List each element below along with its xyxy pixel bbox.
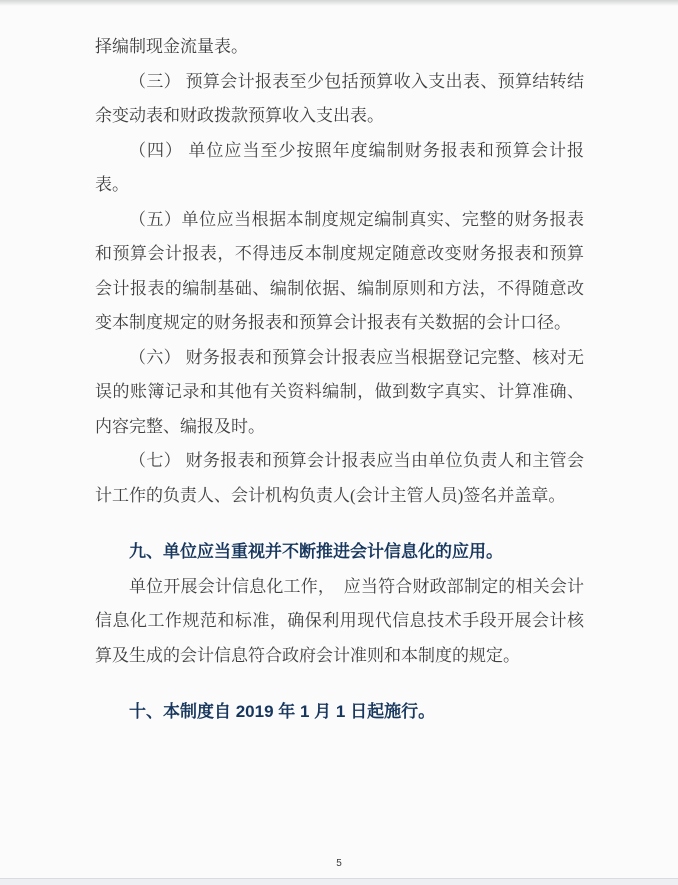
section-heading: 九、单位应当重视并不断推进会计信息化的应用。: [95, 535, 584, 570]
paragraph: （三） 预算会计报表至少包括预算收入支出表、预算结转结余变动表和财政拨款预算收入…: [95, 65, 584, 134]
paragraph: （四） 单位应当至少按照年度编制财务报表和预算会计报表。: [95, 134, 584, 203]
paragraph: 单位开展会计信息化工作， 应当符合财政部制定的相关会计信息化工作规范和标准，确保…: [95, 570, 584, 674]
page-number: 5: [0, 858, 678, 869]
page-top-shadow: [0, 0, 678, 6]
document-content: 择编制现金流量表。（三） 预算会计报表至少包括预算收入支出表、预算结转结余变动表…: [95, 30, 584, 730]
paragraph: （六） 财务报表和预算会计报表应当根据登记完整、核对无误的账簿记录和其他有关资料…: [95, 341, 584, 445]
paragraph: （七） 财务报表和预算会计报表应当由单位负责人和主管会计工作的负责人、会计机构负…: [95, 444, 584, 513]
pdf-viewport: 择编制现金流量表。（三） 预算会计报表至少包括预算收入支出表、预算结转结余变动表…: [0, 0, 678, 885]
page-gap-strip: [0, 878, 678, 885]
paragraph: 择编制现金流量表。: [95, 30, 584, 65]
section-heading: 十、本制度自 2019 年 1 月 1 日起施行。: [95, 695, 584, 730]
paragraph: （五）单位应当根据本制度规定编制真实、完整的财务报表和预算会计报表，不得违反本制…: [95, 203, 584, 341]
